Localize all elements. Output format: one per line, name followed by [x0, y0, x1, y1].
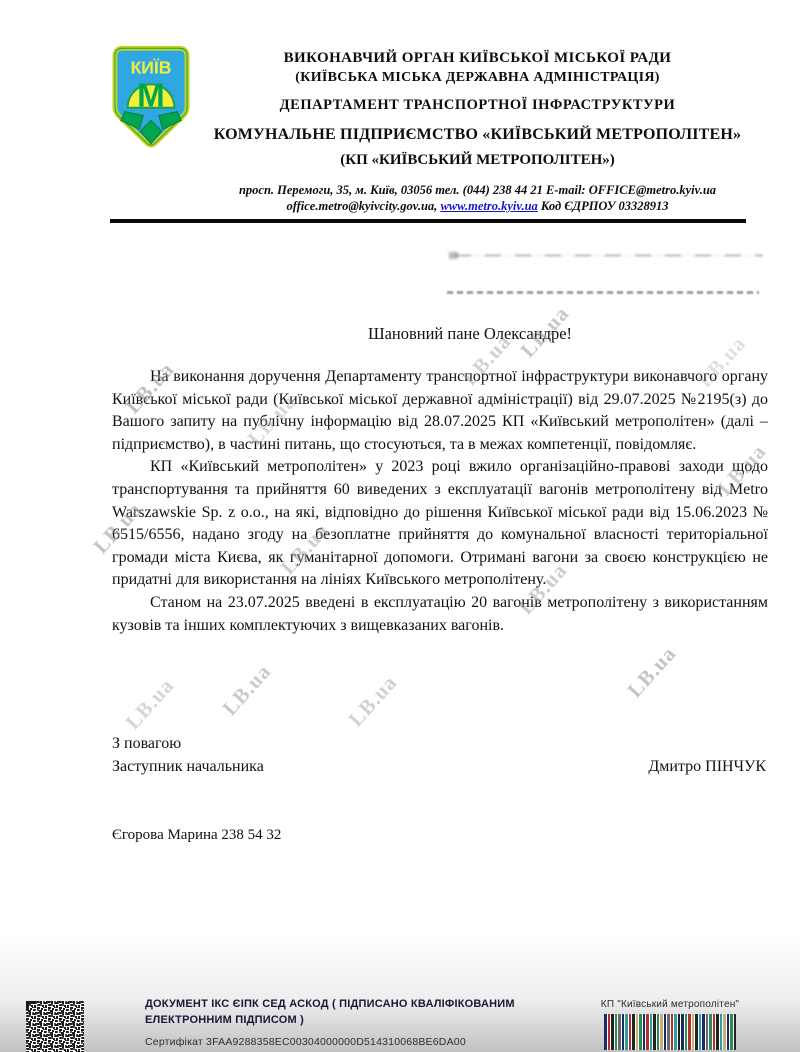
footer-company-block: КП "Київський метрополітен" [585, 999, 755, 1052]
digital-signature-block: ДОКУМЕНТ ІКС ЄІПК СЕД АСКОД ( ПІДПИСАНО … [145, 997, 545, 1048]
lbua-watermark: LB.ua [343, 670, 402, 732]
lbua-watermark: LB.ua [120, 673, 179, 735]
contact-email: office.metro@kyivcity.gov.ua, [286, 199, 440, 213]
redacted-addressee-line-1 [455, 254, 763, 257]
closing-phrase: З повагою [112, 733, 181, 755]
signature-row: Заступник начальника Дмитро ПІНЧУК [112, 756, 766, 778]
paragraph-3: Станом на 23.07.2025 введені в експлуата… [112, 592, 768, 637]
qr-code-icon [26, 1001, 84, 1052]
department-line: ДЕПАРТАМЕНТ ТРАНСПОРТНОЇ ІНФРАСТРУКТУРИ [185, 96, 770, 115]
org-name-line2: (КИЇВСЬКА МІСЬКА ДЕРЖАВНА АДМІНІСТРАЦІЯ) [185, 68, 770, 87]
contact-line-1: просп. Перемоги, 35, м. Київ, 03056 тел.… [185, 183, 770, 199]
lbua-watermark: LB.ua [217, 659, 276, 721]
kyiv-metro-shield-icon: КИЇВ М [112, 45, 190, 149]
footer-company-name: КП "Київський метрополітен" [585, 999, 755, 1010]
letter-document-page: КИЇВ М ВИКОНАВЧИЙ ОРГАН КИЇВСЬКОЇ МІСЬКО… [0, 0, 800, 1052]
salutation: Шановний пане Олександре! [170, 323, 770, 345]
paragraph-2: КП «Київський метрополітен» у 2023 році … [112, 456, 768, 592]
lbua-watermark: LB.ua [622, 641, 681, 703]
barcode-icon [604, 1014, 736, 1050]
edrpou-code: Код ЄДРПОУ 03328913 [538, 199, 669, 213]
signature-statement-line-1: ДОКУМЕНТ ІКС ЄІПК СЕД АСКОД ( ПІДПИСАНО … [145, 997, 545, 1013]
certificate-number: Сертифікат 3FAA9288358EC00304000000D5143… [145, 1036, 545, 1048]
svg-text:М: М [137, 78, 165, 115]
header-divider-rule [110, 219, 746, 223]
kyiv-metro-logo: КИЇВ М [112, 45, 190, 149]
signer-name: Дмитро ПІНЧУК [648, 756, 766, 778]
contact-block: просп. Перемоги, 35, м. Київ, 03056 тел.… [185, 183, 770, 214]
letterhead: ВИКОНАВЧИЙ ОРГАН КИЇВСЬКОЇ МІСЬКОЇ РАДИ … [185, 48, 770, 214]
letter-body: На виконання доручення Департаменту тран… [112, 366, 768, 637]
website-link[interactable]: www.metro.kyiv.ua [440, 199, 537, 213]
signature-statement-line-2: ЕЛЕКТРОННИМ ПІДПИСОМ ) [145, 1013, 545, 1029]
signer-title: Заступник начальника [112, 756, 264, 778]
enterprise-line: КОМУНАЛЬНЕ ПІДПРИЄМСТВО «КИЇВСЬКИЙ МЕТРО… [185, 125, 770, 145]
svg-text:КИЇВ: КИЇВ [131, 58, 172, 78]
redacted-addressee-line-2 [447, 291, 759, 294]
executor-contact: Єгорова Марина 238 54 32 [112, 827, 281, 844]
barcode [585, 1014, 755, 1052]
enterprise-short-line: (КП «КИЇВСЬКИЙ МЕТРОПОЛІТЕН») [185, 151, 770, 170]
qr-code [26, 1001, 84, 1052]
paragraph-1: На виконання доручення Департаменту тран… [112, 366, 768, 456]
contact-line-2: office.metro@kyivcity.gov.ua, www.metro.… [185, 199, 770, 215]
org-name-line: ВИКОНАВЧИЙ ОРГАН КИЇВСЬКОЇ МІСЬКОЇ РАДИ [185, 48, 770, 68]
